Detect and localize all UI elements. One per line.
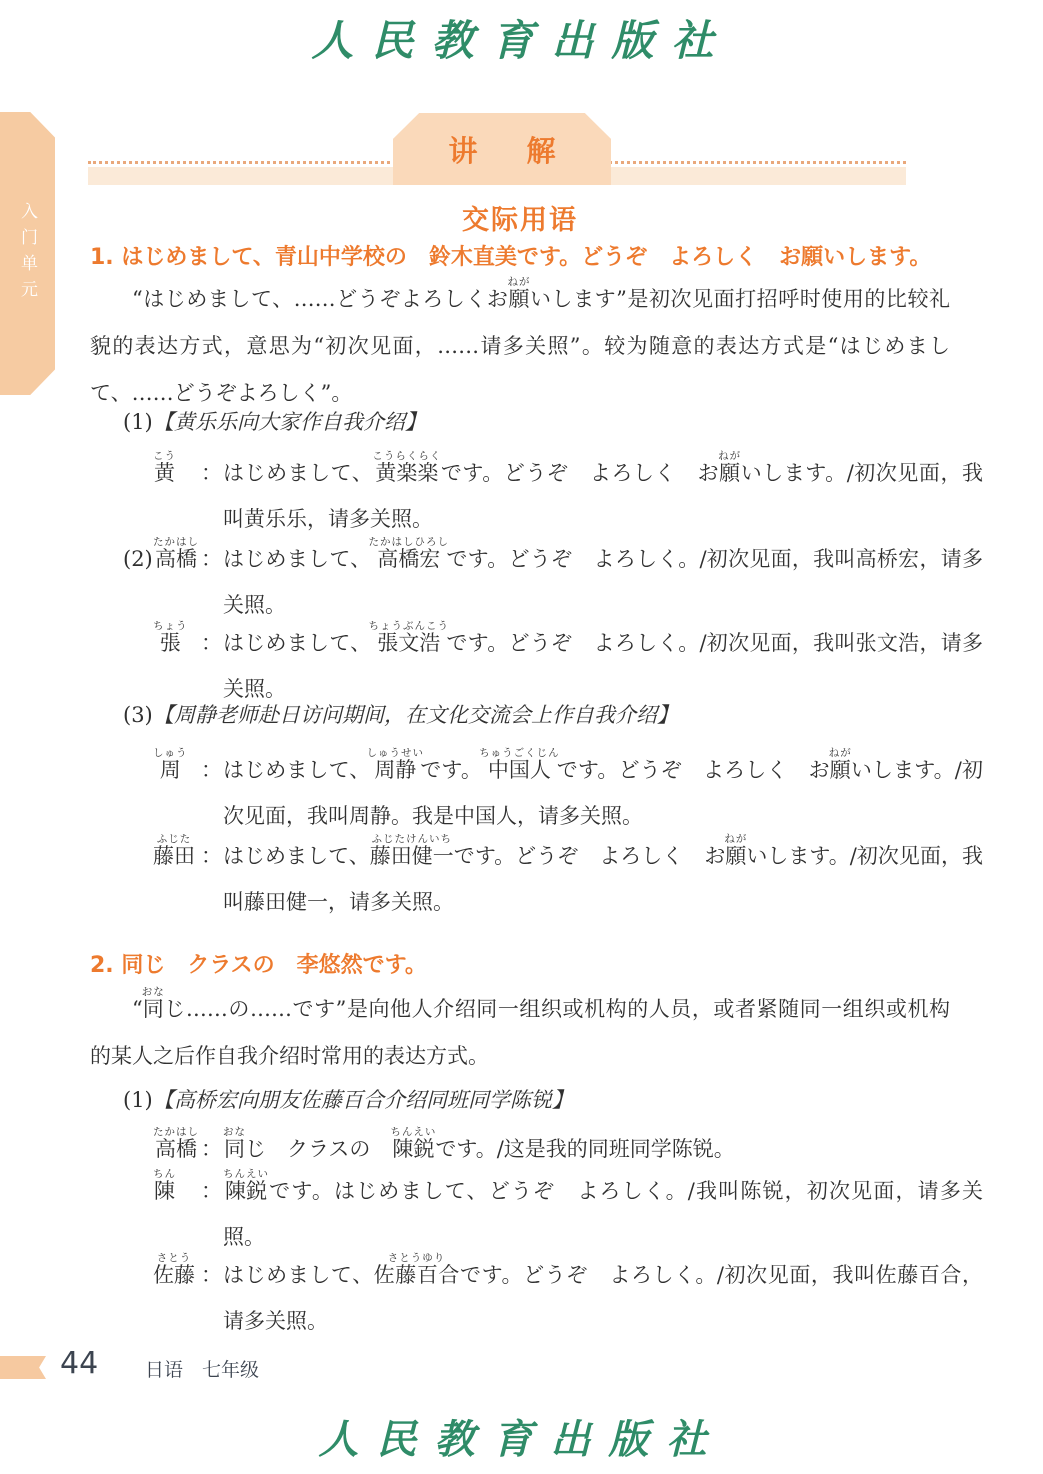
item-number: (1) (123, 1085, 153, 1115)
dialogue-text: はじめまして、高橋宏たかはしひろしです。どうぞ よろしく。/初次见面，我叫高桥宏… (223, 536, 983, 628)
dialogue-line: 陳ちん：陳鋭ちんえいです。はじめまして、どうぞ よろしく。/我叫陈锐，初次见面，… (90, 1168, 983, 1260)
item-number (123, 833, 153, 925)
dialogue-text: はじめまして、周静しゅうせいです。中国人ちゅうごくじんです。どうぞ よろしく お… (223, 747, 983, 839)
dialogue-text: はじめまして、藤田健一ふじたけんいちです。どうぞ よろしく お願ねがいします。/… (223, 833, 983, 925)
speaker-name: 佐藤さとう (153, 1252, 201, 1344)
page-subtitle: 交际用语 (90, 198, 950, 237)
speaker-name: 周しゅう (153, 747, 201, 839)
speaker-name: 高橋たかはし (153, 536, 201, 628)
dialogue-text: 陳鋭ちんえいです。はじめまして、どうぞ よろしく。/我叫陈锐，初次见面，请多关照… (223, 1168, 983, 1260)
dialogue-line: 高橋たかはし：同おなじ クラスの 陳鋭ちんえいです。/这是我的同班同学陈锐。 (90, 1126, 983, 1172)
dialogue-text: はじめまして、佐藤百合さとうゆりです。どうぞ よろしく。/初次见面，我叫佐藤百合… (223, 1252, 983, 1344)
dialogue-line: 佐藤さとう：はじめまして、佐藤百合さとうゆりです。どうぞ よろしく。/初次见面，… (90, 1252, 983, 1344)
page-number: 44 (60, 1346, 98, 1381)
item-number (123, 450, 153, 542)
speaker-name: 藤田ふじた (153, 833, 201, 925)
section-intro: “同おなじ……の……です”是向他人介绍同一组织或机构的人员，或者紧随同一组织或机… (90, 986, 950, 1080)
dialogue-line: 張ちょう：はじめまして、張文浩ちょうぶんこうです。どうぞ よろしく。/初次见面，… (90, 620, 983, 712)
dialogue-scene-label: (1)【黄乐乐向大家作自我介绍】 (90, 407, 983, 437)
speaker-name: 張ちょう (153, 620, 201, 712)
item-number: (2) (123, 536, 153, 628)
section-banner: 讲 解 (393, 113, 611, 185)
item-number (123, 1126, 153, 1172)
scene-label-text: 【周静老师赴日访问期间，在文化交流会上作自我介绍】 (153, 700, 678, 730)
dialogue-line: 周しゅう：はじめまして、周静しゅうせいです。中国人ちゅうごくじんです。どうぞ よ… (90, 747, 983, 839)
speaker-colon: ： (201, 450, 223, 542)
banner-title: 讲 解 (438, 129, 565, 170)
dialogue-scene-label: (3)【周静老师赴日访问期间，在文化交流会上作自我介绍】 (90, 700, 983, 730)
section-heading: 1. はじめまして、青山中学校の 鈴木直美です。どうぞ よろしく お願いします。 (90, 243, 950, 273)
speaker-colon: ： (201, 1252, 223, 1344)
section-heading: 2. 同じ クラスの 李悠然です。 (90, 951, 950, 981)
item-number (123, 747, 153, 839)
scene-label-text: 【黄乐乐向大家作自我介绍】 (153, 407, 426, 437)
speaker-colon: ： (201, 833, 223, 925)
publisher-logo-bottom: 人民教育出版社 (0, 1408, 1043, 1465)
book-title: 日语 七年级 (145, 1355, 259, 1382)
item-number: (3) (123, 700, 153, 730)
item-number (123, 1252, 153, 1344)
page-number-ribbon (0, 1356, 46, 1379)
dialogue-line: 藤田ふじた：はじめまして、藤田健一ふじたけんいちです。どうぞ よろしく お願ねが… (90, 833, 983, 925)
scene-label-text: 【高桥宏向朋友佐藤百合介绍同班同学陈锐】 (153, 1085, 573, 1115)
dialogue-line: (2)高橋たかはし：はじめまして、高橋宏たかはしひろしです。どうぞ よろしく。/… (90, 536, 983, 628)
publisher-logo-top: 人民教育出版社 (0, 8, 1043, 68)
speaker-colon: ： (201, 1126, 223, 1172)
section-intro: “はじめまして、……どうぞよろしくお願ねがいします”是初次见面打招呼时使用的比较… (90, 276, 950, 417)
dialogue-text: はじめまして、張文浩ちょうぶんこうです。どうぞ よろしく。/初次见面，我叫张文浩… (223, 620, 983, 712)
item-number (123, 1168, 153, 1260)
speaker-colon: ： (201, 620, 223, 712)
speaker-name: 陳ちん (153, 1168, 201, 1260)
speaker-name: 高橋たかはし (153, 1126, 201, 1172)
speaker-colon: ： (201, 536, 223, 628)
textbook-page: 人民教育出版社 入门单元 讲 解 交际用语 1. はじめまして、青山中学校の 鈴… (0, 0, 1043, 1474)
speaker-colon: ： (201, 747, 223, 839)
dialogue-text: はじめまして、黄楽楽こうらくらくです。どうぞ よろしく お願ねがいします。/初次… (223, 450, 983, 542)
dialogue-scene-label: (1)【高桥宏向朋友佐藤百合介绍同班同学陈锐】 (90, 1085, 983, 1115)
unit-tab: 入门单元 (0, 112, 55, 395)
item-number (123, 620, 153, 712)
speaker-name: 黄こう (153, 450, 201, 542)
dialogue-text: 同おなじ クラスの 陳鋭ちんえいです。/这是我的同班同学陈锐。 (223, 1126, 983, 1172)
speaker-colon: ： (201, 1168, 223, 1260)
unit-tab-label: 入门单元 (15, 202, 40, 306)
item-number: (1) (123, 407, 153, 437)
dialogue-line: 黄こう：はじめまして、黄楽楽こうらくらくです。どうぞ よろしく お願ねがいします… (90, 450, 983, 542)
